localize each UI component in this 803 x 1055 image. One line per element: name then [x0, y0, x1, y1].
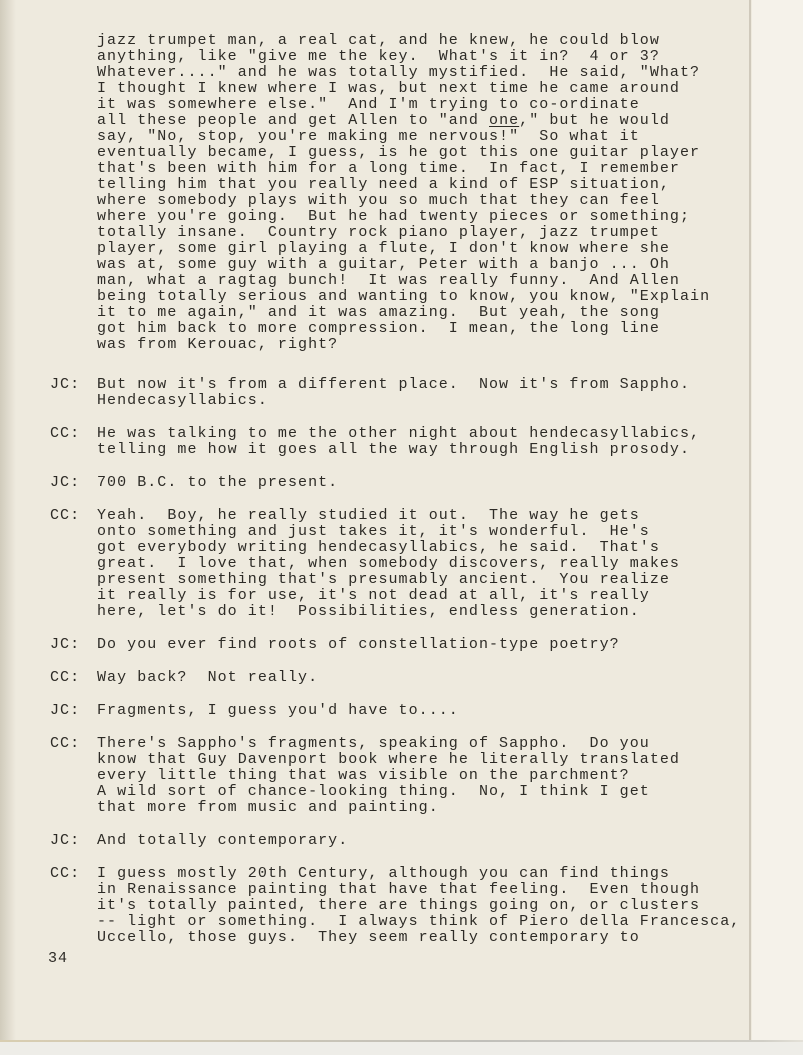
dialogue-turn-cc-3: CC: Way back? Not really. — [0, 670, 762, 686]
underlined-word: one — [489, 112, 519, 129]
interview-transcript: jazz trumpet man, a real cat, and he kne… — [0, 33, 762, 963]
speaker-label: CC: — [50, 866, 80, 882]
turn-text: 700 B.C. to the present. — [97, 475, 762, 491]
turn-text: Fragments, I guess you'd have to.... — [97, 703, 762, 719]
speaker-label: CC: — [50, 736, 80, 752]
speaker-label: CC: — [50, 426, 80, 442]
speaker-label: JC: — [50, 475, 80, 491]
turn-text: There's Sappho's fragments, speaking of … — [97, 736, 762, 816]
turn-text: Way back? Not really. — [97, 670, 762, 686]
turn-text: I guess mostly 20th Century, although yo… — [97, 866, 762, 946]
turn-text: Yeah. Boy, he really studied it out. The… — [97, 508, 762, 620]
dialogue-turn-jc-4: JC: Fragments, I guess you'd have to.... — [0, 703, 762, 719]
dialogue-turn-jc-5: JC: And totally contemporary. — [0, 833, 762, 849]
speaker-label: CC: — [50, 508, 80, 524]
speaker-label: JC: — [50, 637, 80, 653]
page-number: 34 — [48, 951, 68, 967]
turn-text: jazz trumpet man, a real cat, and he kne… — [97, 33, 762, 353]
dialogue-turn-jc-1: JC: But now it's from a different place.… — [0, 377, 762, 409]
speaker-label: CC: — [50, 670, 80, 686]
turn-text: Do you ever find roots of constellation-… — [97, 637, 762, 653]
paragraph-opening-continuation: jazz trumpet man, a real cat, and he kne… — [0, 33, 762, 353]
scanned-book-page: jazz trumpet man, a real cat, and he kne… — [0, 0, 803, 1055]
dialogue-turn-cc-5: CC: I guess mostly 20th Century, althoug… — [0, 866, 762, 946]
speaker-label: JC: — [50, 377, 80, 393]
turn-text: And totally contemporary. — [97, 833, 762, 849]
dialogue-turn-cc-1: CC: He was talking to me the other night… — [0, 426, 762, 458]
dialogue-turn-cc-4: CC: There's Sappho's fragments, speaking… — [0, 736, 762, 816]
turn-text: But now it's from a different place. Now… — [97, 377, 762, 409]
dialogue-turn-jc-2: JC: 700 B.C. to the present. — [0, 475, 762, 491]
opening-text-after: ," but he would say, "No, stop, you're m… — [97, 112, 710, 353]
scan-bottom-strip — [0, 1042, 803, 1055]
dialogue-turn-cc-2: CC: Yeah. Boy, he really studied it out.… — [0, 508, 762, 620]
turn-text: He was talking to me the other night abo… — [97, 426, 762, 458]
speaker-label: JC: — [50, 703, 80, 719]
speaker-label: JC: — [50, 833, 80, 849]
dialogue-turn-jc-3: JC: Do you ever find roots of constellat… — [0, 637, 762, 653]
